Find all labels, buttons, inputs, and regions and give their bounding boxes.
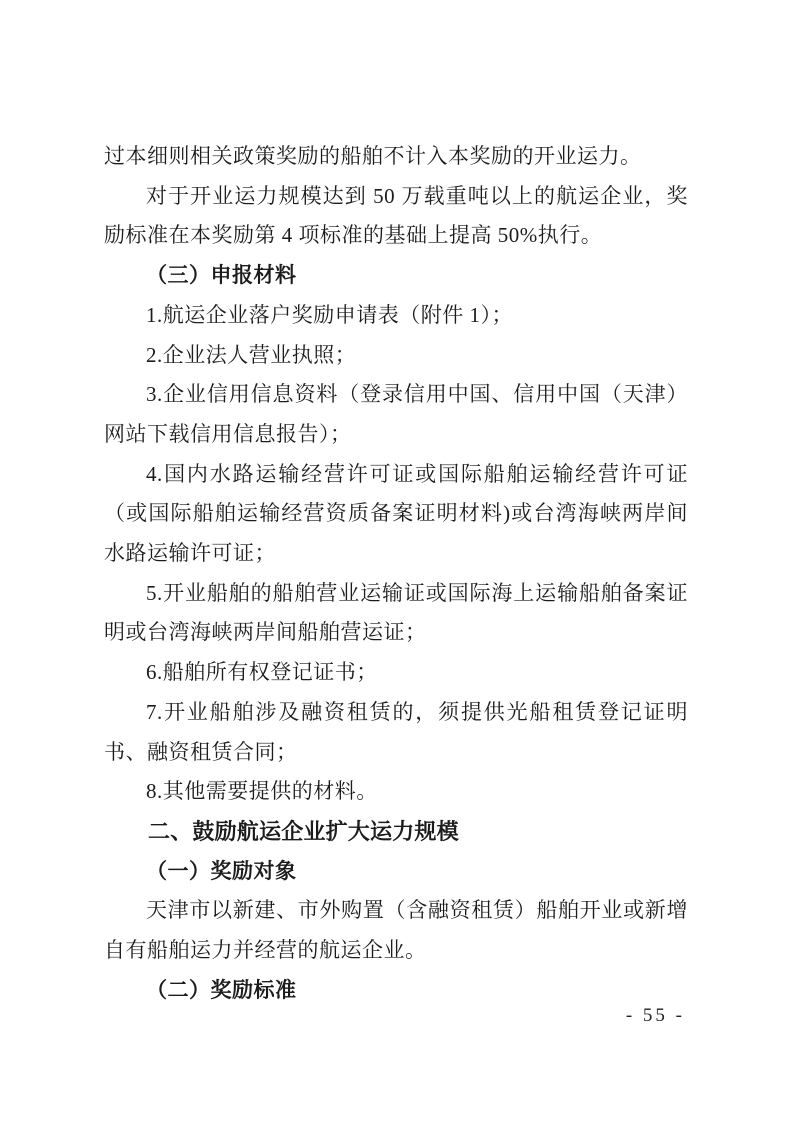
page-number: - 55 - <box>626 1005 685 1027</box>
list-item-8: 8.其他需要提供的材料。 <box>104 772 688 812</box>
list-item-5: 5.开业船舶的船舶营业运输证或国际海上运输船舶备案证明或台湾海峡两岸间船舶营运证… <box>104 574 688 653</box>
heading-section-2: 二、鼓励航运企业扩大运力规模 <box>104 812 688 852</box>
list-item-6: 6.船舶所有权登记证书； <box>104 653 688 693</box>
heading-award-standard: （二）奖励标准 <box>104 971 688 1011</box>
paragraph-carryover: 过本细则相关政策奖励的船舶不计入本奖励的开业运力。 <box>104 137 688 177</box>
document-page: 过本细则相关政策奖励的船舶不计入本奖励的开业运力。 对于开业运力规模达到 50 … <box>0 0 793 1122</box>
list-item-3: 3.企业信用信息资料（登录信用中国、信用中国（天津）网站下载信用信息报告）； <box>104 375 688 454</box>
heading-award-target: （一）奖励对象 <box>104 852 688 892</box>
list-item-1: 1.航运企业落户奖励申请表（附件 1）； <box>104 296 688 336</box>
heading-application-materials: （三）申报材料 <box>104 256 688 296</box>
document-body: 过本细则相关政策奖励的船舶不计入本奖励的开业运力。 对于开业运力规模达到 50 … <box>104 137 688 1010</box>
paragraph-award-target: 天津市以新建、市外购置（含融资租赁）船舶开业或新增自有船舶运力并经营的航运企业。 <box>104 891 688 970</box>
list-item-4: 4.国内水路运输经营许可证或国际船舶运输经营许可证（或国际船舶运输经营资质备案证… <box>104 455 688 574</box>
list-item-2: 2.企业法人营业执照； <box>104 336 688 376</box>
list-item-7: 7.开业船舶涉及融资租赁的，须提供光船租赁登记证明书、融资租赁合同； <box>104 693 688 772</box>
paragraph-capacity-bonus: 对于开业运力规模达到 50 万载重吨以上的航运企业，奖励标准在本奖励第 4 项标… <box>104 177 688 256</box>
